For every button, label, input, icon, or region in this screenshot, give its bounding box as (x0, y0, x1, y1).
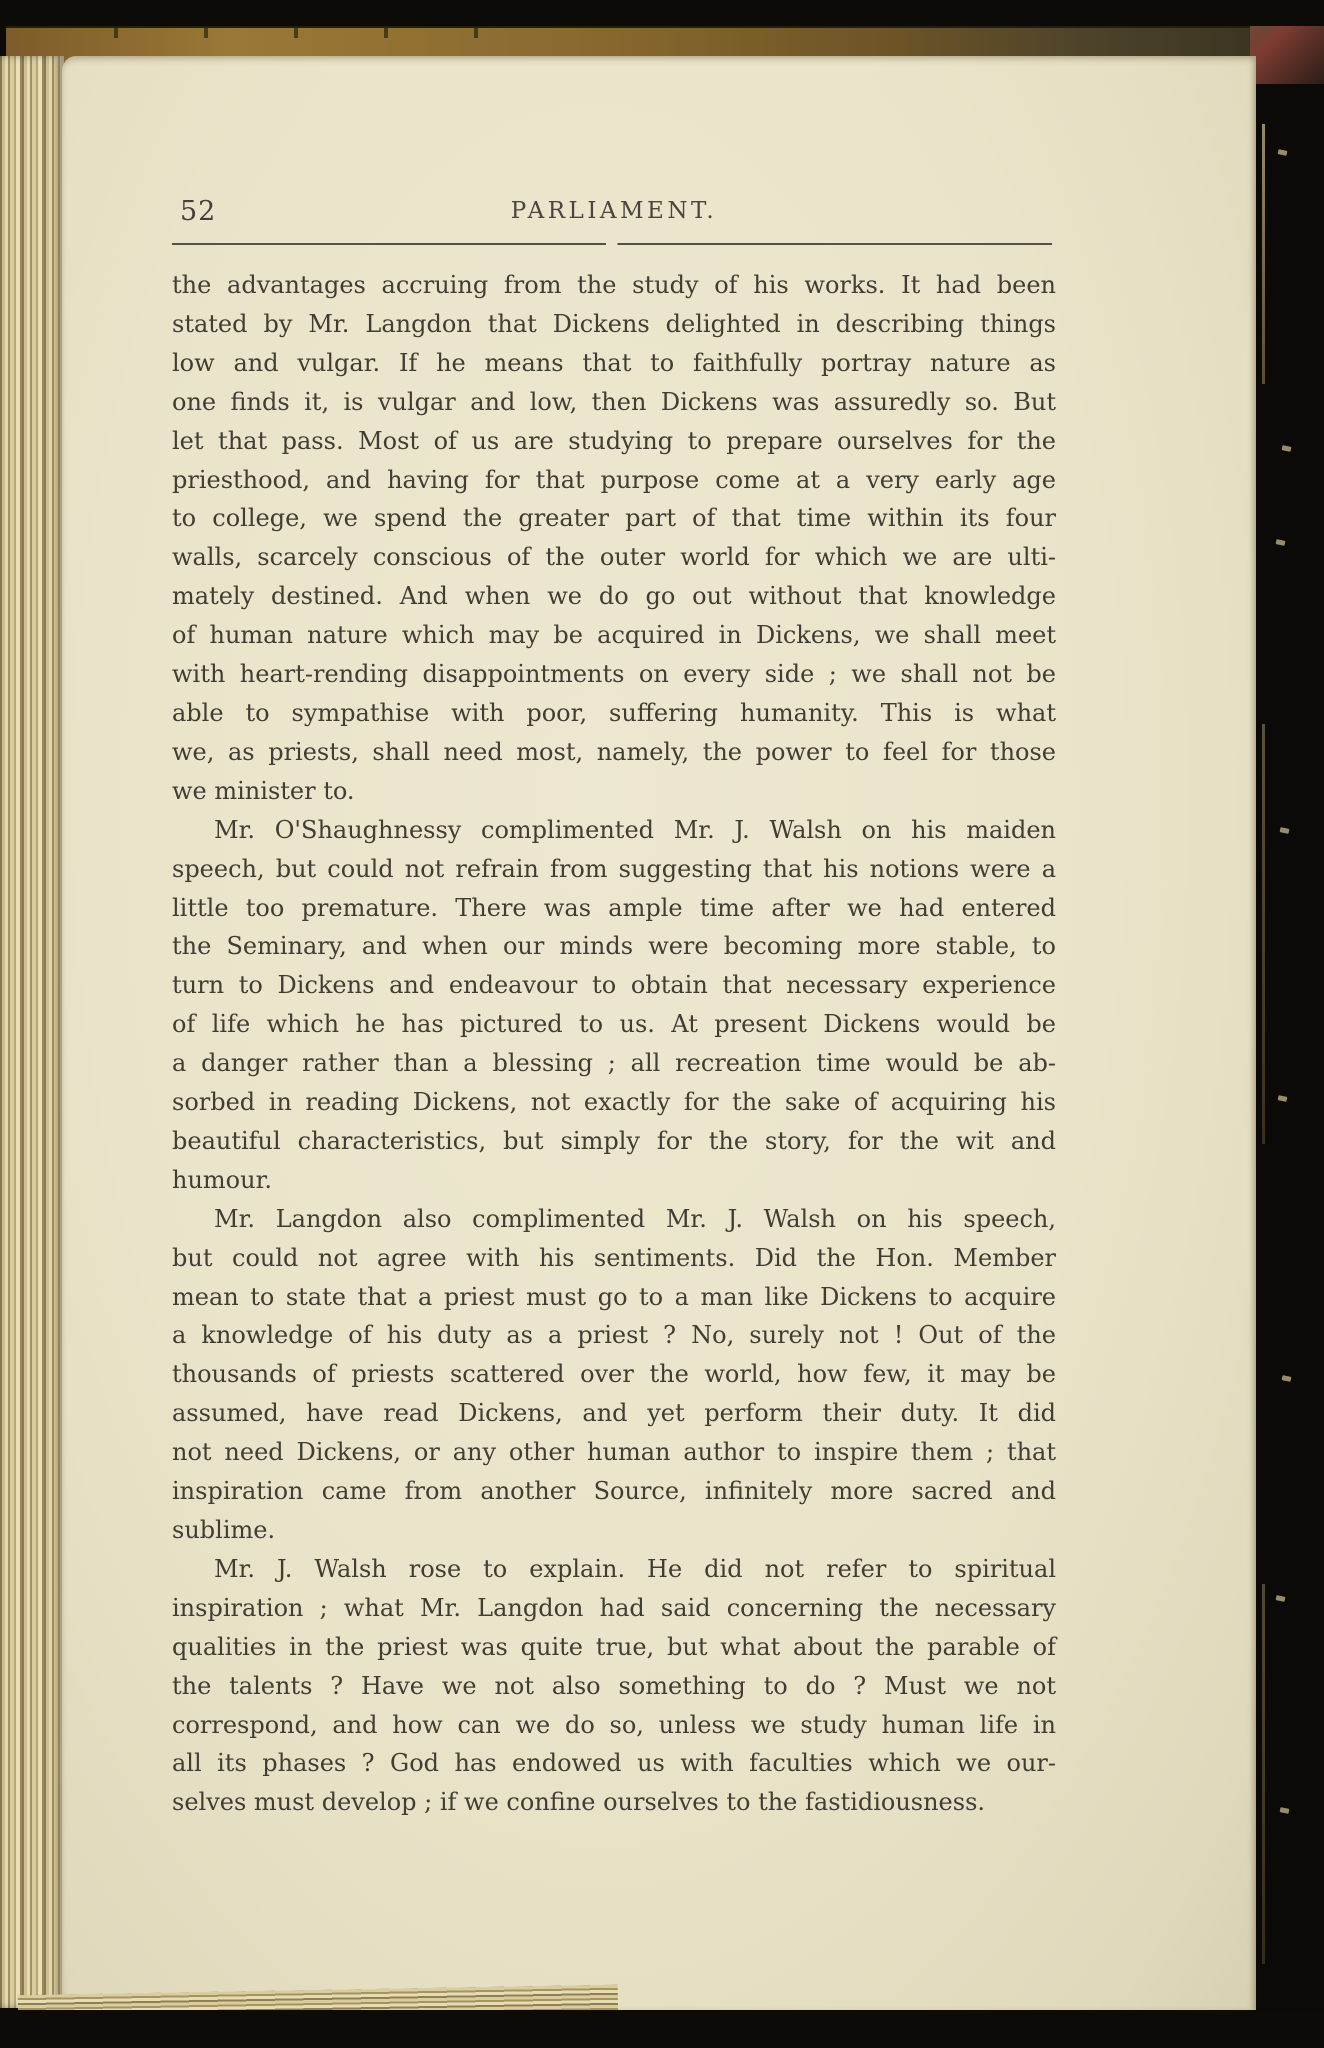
text-line: walls, scarcely conscious of the outer w… (172, 538, 1056, 577)
text-line: we minister to. (172, 772, 1056, 811)
text-line: of human nature which may be acquired in… (172, 616, 1056, 655)
text-line: qualities in the priest was quite true, … (172, 1628, 1056, 1667)
text-line: a danger rather than a blessing ; all re… (172, 1044, 1056, 1083)
text-line: mately destined. And when we do go out w… (172, 577, 1056, 616)
text-line: humour. (172, 1161, 1056, 1200)
running-title: PARLIAMENT. (172, 198, 1056, 224)
text-line: inspiration came from another Source, in… (172, 1472, 1056, 1511)
header-rule (172, 243, 1052, 245)
text-line: inspiration ; what Mr. Langdon had said … (172, 1589, 1056, 1628)
fore-edge-glint (1262, 124, 1265, 384)
page-speck (1280, 827, 1290, 834)
text-line: assumed, have read Dickens, and yet perf… (172, 1394, 1056, 1433)
text-line: to college, we spend the greater part of… (172, 499, 1056, 538)
text-line: correspond, and how can we do so, unless… (172, 1706, 1056, 1745)
page-header: 52 PARLIAMENT. (172, 196, 1056, 232)
text-line: speech, but could not refrain from sugge… (172, 850, 1056, 889)
text-line: one finds it, is vulgar and low, then Di… (172, 383, 1056, 422)
text-line: but could not agree with his sentiments.… (172, 1239, 1056, 1278)
text-line: Mr. Langdon also complimented Mr. J. Wal… (172, 1200, 1056, 1239)
cover-corner-cloth (1250, 26, 1324, 84)
text-line: stated by Mr. Langdon that Dickens delig… (172, 305, 1056, 344)
fore-edge-glint (1262, 1584, 1265, 1964)
text-line: we, as priests, shall need most, namely,… (172, 733, 1056, 772)
text-line: able to sympathise with poor, suffering … (172, 694, 1056, 733)
text-line: of life which he has pictured to us. At … (172, 1005, 1056, 1044)
cover-edge-wear-marks (60, 28, 480, 38)
page-speck (1282, 1375, 1292, 1382)
page-speck (1280, 1807, 1290, 1814)
text-line: not need Dickens, or any other human aut… (172, 1433, 1056, 1472)
scan-background-bottom (0, 2010, 1324, 2048)
page-speck (1282, 445, 1292, 452)
text-line: little too premature. There was ample ti… (172, 889, 1056, 928)
text-line: beautiful characteristics, but simply fo… (172, 1122, 1056, 1161)
text-line: Mr. J. Walsh rose to explain. He did not… (172, 1550, 1056, 1589)
text-line: a knowledge of his duty as a priest ? No… (172, 1316, 1056, 1355)
text-line: let that pass. Most of us are studying t… (172, 422, 1056, 461)
right-gutter (1256, 84, 1324, 2048)
text-line: sublime. (172, 1511, 1056, 1550)
text-line: priesthood, and having for that purpose … (172, 461, 1056, 500)
text-line: selves must develop ; if we confine ours… (172, 1783, 1056, 1822)
text-line: Mr. O'Shaughnessy complimented Mr. J. Wa… (172, 811, 1056, 850)
page-speck (1278, 1095, 1288, 1102)
page-speck (1276, 539, 1286, 546)
text-line: the Seminary, and when our minds were be… (172, 927, 1056, 966)
page-speck (1278, 149, 1288, 156)
text-line: sorbed in reading Dickens, not exactly f… (172, 1083, 1056, 1122)
text-line: thousands of priests scattered over the … (172, 1355, 1056, 1394)
stacked-page-edges-left (0, 56, 64, 2008)
page-speck (1276, 1595, 1286, 1602)
fore-edge-glint (1262, 724, 1265, 1144)
text-line: mean to state that a priest must go to a… (172, 1278, 1056, 1317)
book-scan: 52 PARLIAMENT. the advantages accruing f… (0, 0, 1324, 2048)
text-line: the talents ? Have we not also something… (172, 1667, 1056, 1706)
text-line: low and vulgar. If he means that to fait… (172, 344, 1056, 383)
text-line: turn to Dickens and endeavour to obtain … (172, 966, 1056, 1005)
body-text: the advantages accruing from the study o… (172, 266, 1056, 1822)
text-line: with heart-rending disappointments on ev… (172, 655, 1056, 694)
text-line: the advantages accruing from the study o… (172, 266, 1056, 305)
text-line: all its phases ? God has endowed us with… (172, 1744, 1056, 1783)
